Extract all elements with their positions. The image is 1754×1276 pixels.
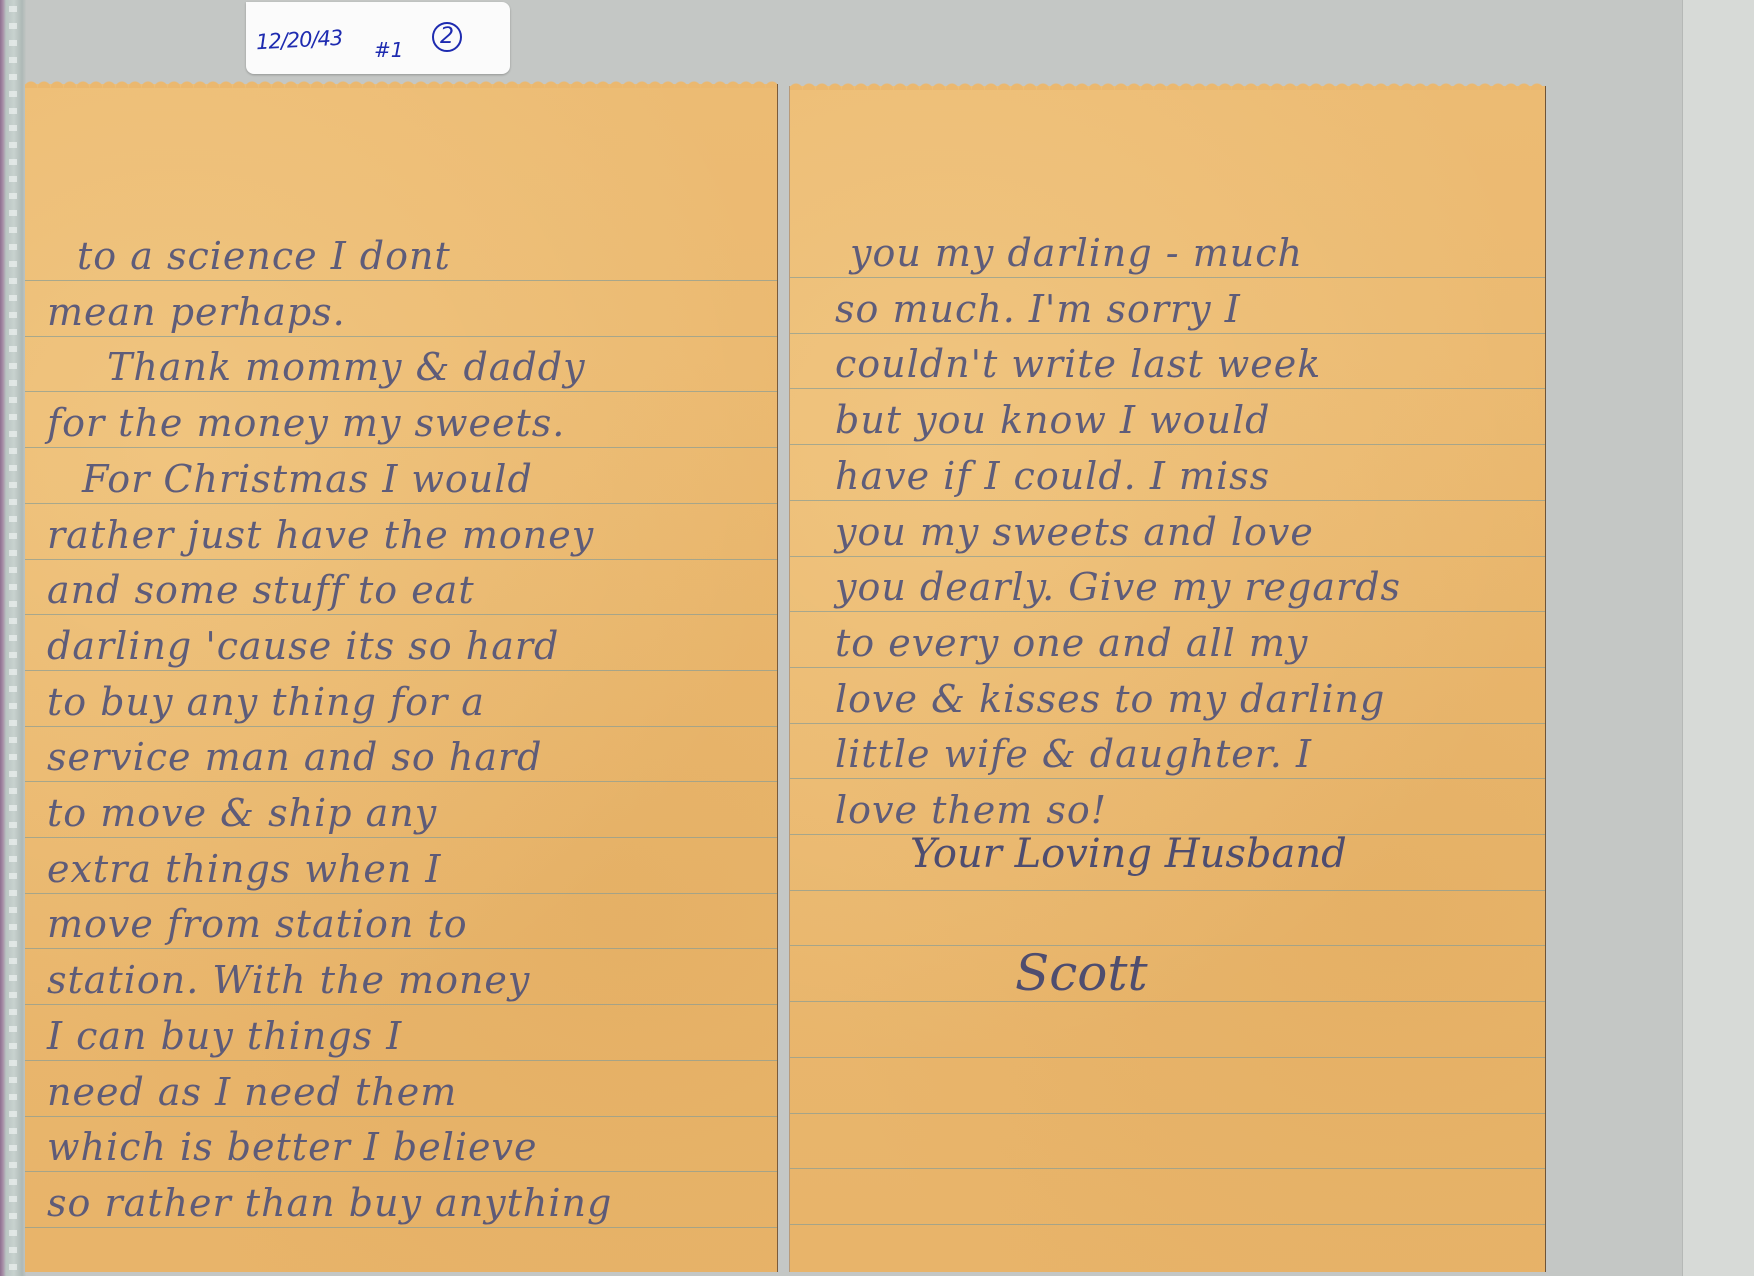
sleeve-punch-holes [9,0,17,1276]
sleeve-right-edge [1682,0,1754,1276]
archive-label-date: 12/20/43 [255,26,342,54]
torn-edge [790,80,1545,90]
handwritten-line: service man and so hard [47,735,799,779]
ruled-line [790,778,1545,779]
handwritten-line: for the money my sweets. [47,401,799,445]
torn-edge [25,78,777,88]
ruled-line [25,280,777,281]
ruled-line [790,277,1545,278]
handwritten-line: move from station to [47,902,799,946]
ruled-line [790,444,1545,445]
ruled-line [25,726,777,727]
handwritten-line: have if I could. I miss [835,454,1590,498]
ruled-line [790,1168,1545,1169]
handwritten-line: you dearly. Give my regards [835,565,1590,609]
handwritten-line: and some stuff to eat [47,568,799,612]
archive-label-item-number: #1 [374,38,403,62]
ruled-line [25,837,777,838]
letter-page-right: you my darling - muchso much. I'm sorry … [790,86,1545,1272]
ruled-line [790,945,1545,946]
letter-closing: Your Loving Husband [910,831,1347,877]
ruled-line [25,1004,777,1005]
ruled-line [790,890,1545,891]
handwritten-line: couldn't write last week [835,342,1590,386]
handwritten-line: so rather than buy anything [47,1181,799,1225]
ruled-line [790,388,1545,389]
handwritten-line: you my darling - much [850,231,1605,275]
handwritten-line: love & kisses to my darling [835,677,1590,721]
ruled-line [25,503,777,504]
archive-label-page-number: 2 [432,22,462,52]
ruled-line [25,781,777,782]
handwritten-line: you my sweets and love [835,510,1590,554]
ruled-line [790,556,1545,557]
ruled-line [25,391,777,392]
letter-page-left: to a science I dontmean perhaps.Thank mo… [25,84,777,1272]
handwritten-line: but you know I would [835,398,1590,442]
ruled-line [790,611,1545,612]
ruled-line [25,948,777,949]
handwritten-line: to buy any thing for a [47,680,799,724]
handwritten-line: I can buy things I [47,1014,799,1058]
handwritten-line: Thank mommy & daddy [107,345,859,389]
handwritten-line: which is better I believe [47,1125,799,1169]
ruled-line [25,1171,777,1172]
ruled-line [25,1227,777,1228]
handwritten-line: to a science I dont [77,234,829,278]
ruled-line [790,1224,1545,1225]
ruled-line [25,559,777,560]
ruled-line [25,670,777,671]
ruled-line [25,447,777,448]
handwritten-line: mean perhaps. [47,290,799,334]
handwritten-line: need as I need them [47,1070,799,1114]
ruled-line [790,1057,1545,1058]
handwritten-line: to every one and all my [835,621,1590,665]
handwritten-line: little wife & daughter. I [835,732,1590,776]
ruled-line [790,723,1545,724]
handwritten-line: love them so! [835,788,1590,832]
letter-signature: Scott [1015,944,1148,1002]
ruled-line [790,1001,1545,1002]
ruled-line [790,667,1545,668]
handwritten-line: For Christmas I would [82,457,834,501]
archive-label-card: 12/20/43 #1 2 [246,2,510,74]
handwritten-line: darling 'cause its so hard [47,624,799,668]
ruled-line [25,1060,777,1061]
sleeve-left-edge [0,0,26,1276]
handwritten-line: so much. I'm sorry I [835,287,1590,331]
ruled-line [25,1116,777,1117]
handwritten-line: extra things when I [47,847,799,891]
handwritten-line: to move & ship any [47,791,799,835]
ruled-line [790,1113,1545,1114]
ruled-line [25,614,777,615]
ruled-line [790,500,1545,501]
handwritten-line: rather just have the money [47,513,799,557]
ruled-line [25,336,777,337]
ruled-line [25,893,777,894]
handwritten-line: station. With the money [47,958,799,1002]
ruled-line [790,333,1545,334]
